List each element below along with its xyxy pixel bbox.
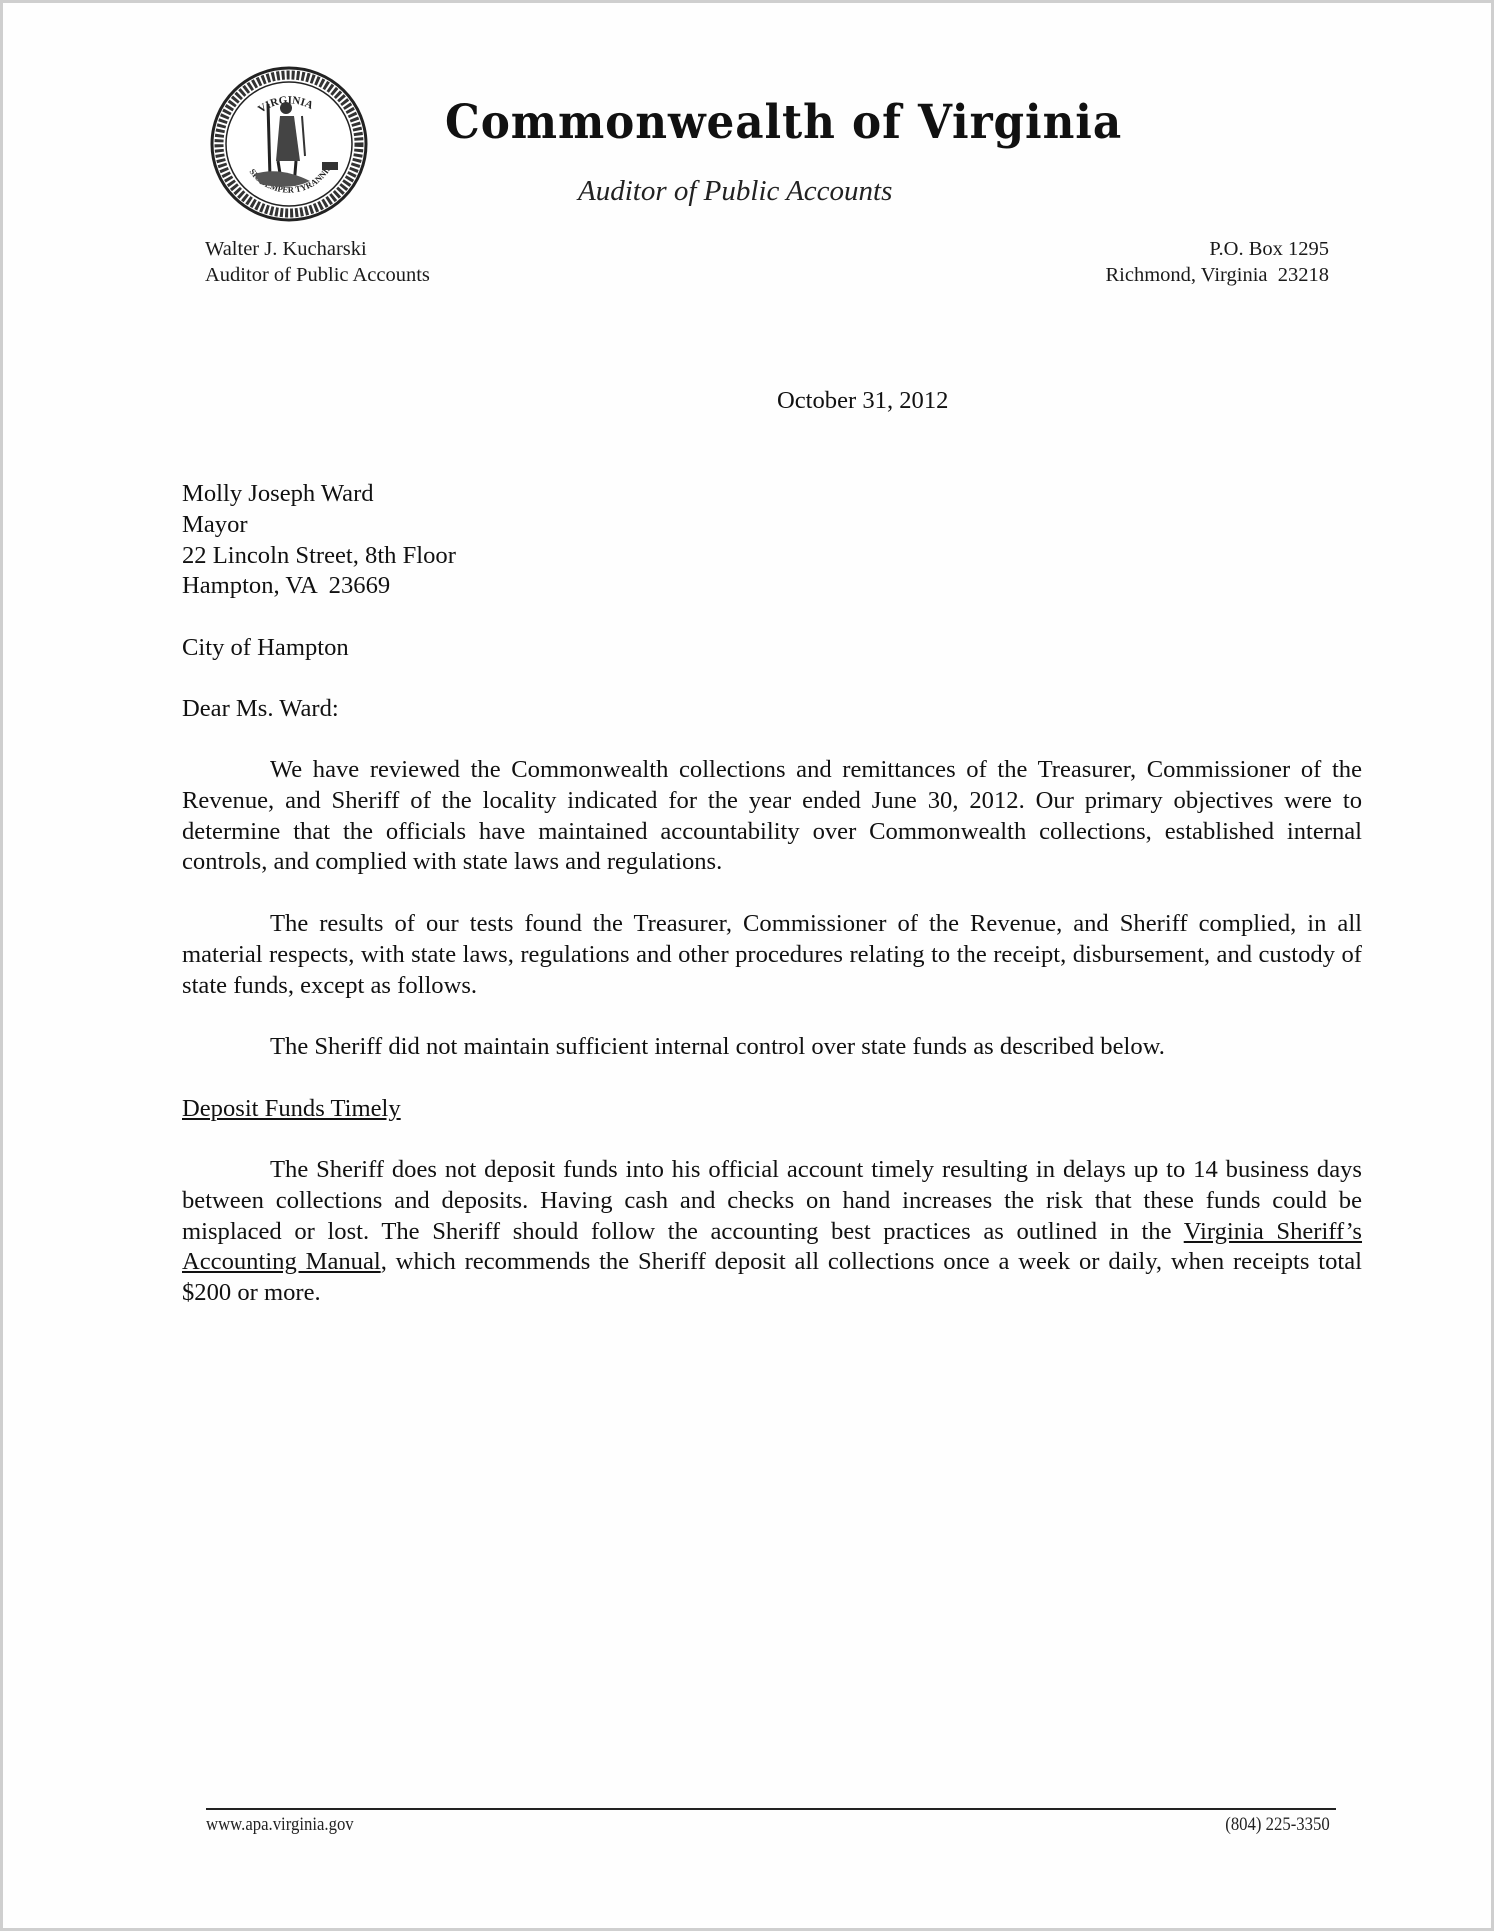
recipient-title: Mayor	[182, 510, 456, 541]
recipient-city-state-zip: Hampton, VA 23669	[182, 571, 456, 602]
recipient-address: Molly Joseph Ward Mayor 22 Lincoln Stree…	[182, 479, 456, 602]
paragraph-exception: The Sheriff did not maintain sufficient …	[182, 1032, 1362, 1063]
section-heading: Deposit Funds Timely	[182, 1094, 401, 1125]
paragraph-results: The results of our tests found the Treas…	[182, 909, 1362, 1001]
paragraph-scope: We have reviewed the Commonwealth collec…	[182, 755, 1362, 878]
letterhead-subtitle: Auditor of Public Accounts	[578, 175, 892, 208]
salutation: Dear Ms. Ward:	[182, 694, 339, 725]
virginia-state-seal-icon: VIRGINIA SIC SEMPER TYRANNIS	[210, 66, 368, 222]
letter-page: VIRGINIA SIC SEMPER TYRANNIS Commonwealt…	[0, 0, 1494, 1931]
auditor-block: Walter J. Kucharski Auditor of Public Ac…	[205, 236, 430, 288]
letterhead-title: Commonwealth of Virginia	[445, 95, 1035, 150]
auditor-name: Walter J. Kucharski	[205, 236, 430, 262]
office-address-line2: Richmond, Virginia 23218	[1105, 262, 1329, 288]
recipient-name: Molly Joseph Ward	[182, 479, 456, 510]
paragraph-finding: The Sheriff does not deposit funds into …	[182, 1155, 1362, 1309]
auditor-position: Auditor of Public Accounts	[205, 262, 430, 288]
office-address-line1: P.O. Box 1295	[1105, 236, 1329, 262]
recipient-street: 22 Lincoln Street, 8th Floor	[182, 541, 456, 572]
footer-phone: (804) 225-3350	[1226, 1814, 1330, 1836]
footer-divider	[206, 1808, 1336, 1810]
letter-date: October 31, 2012	[777, 386, 948, 417]
office-address-block: P.O. Box 1295 Richmond, Virginia 23218	[1105, 236, 1329, 288]
locality: City of Hampton	[182, 633, 349, 664]
footer-website: www.apa.virginia.gov	[206, 1814, 354, 1836]
